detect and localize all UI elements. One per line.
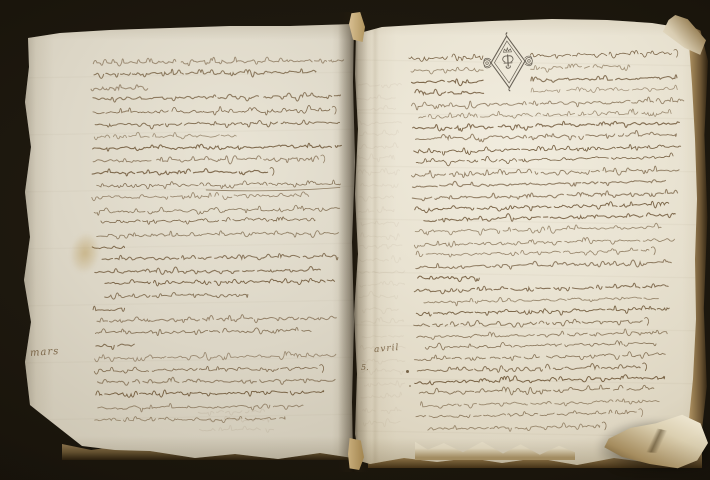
ink-blot [406, 370, 409, 373]
margin-note-mars: mars [30, 346, 60, 359]
open-manuscript-photo: mars [0, 0, 710, 480]
margin-note-day: 5. [361, 363, 369, 372]
right-manuscript-page: avril 5. [352, 14, 708, 472]
left-manuscript-page: mars [20, 22, 358, 466]
handwriting-left-page [18, 20, 361, 468]
fiscal-stamp-icon [477, 30, 538, 95]
ink-blot [409, 385, 411, 387]
